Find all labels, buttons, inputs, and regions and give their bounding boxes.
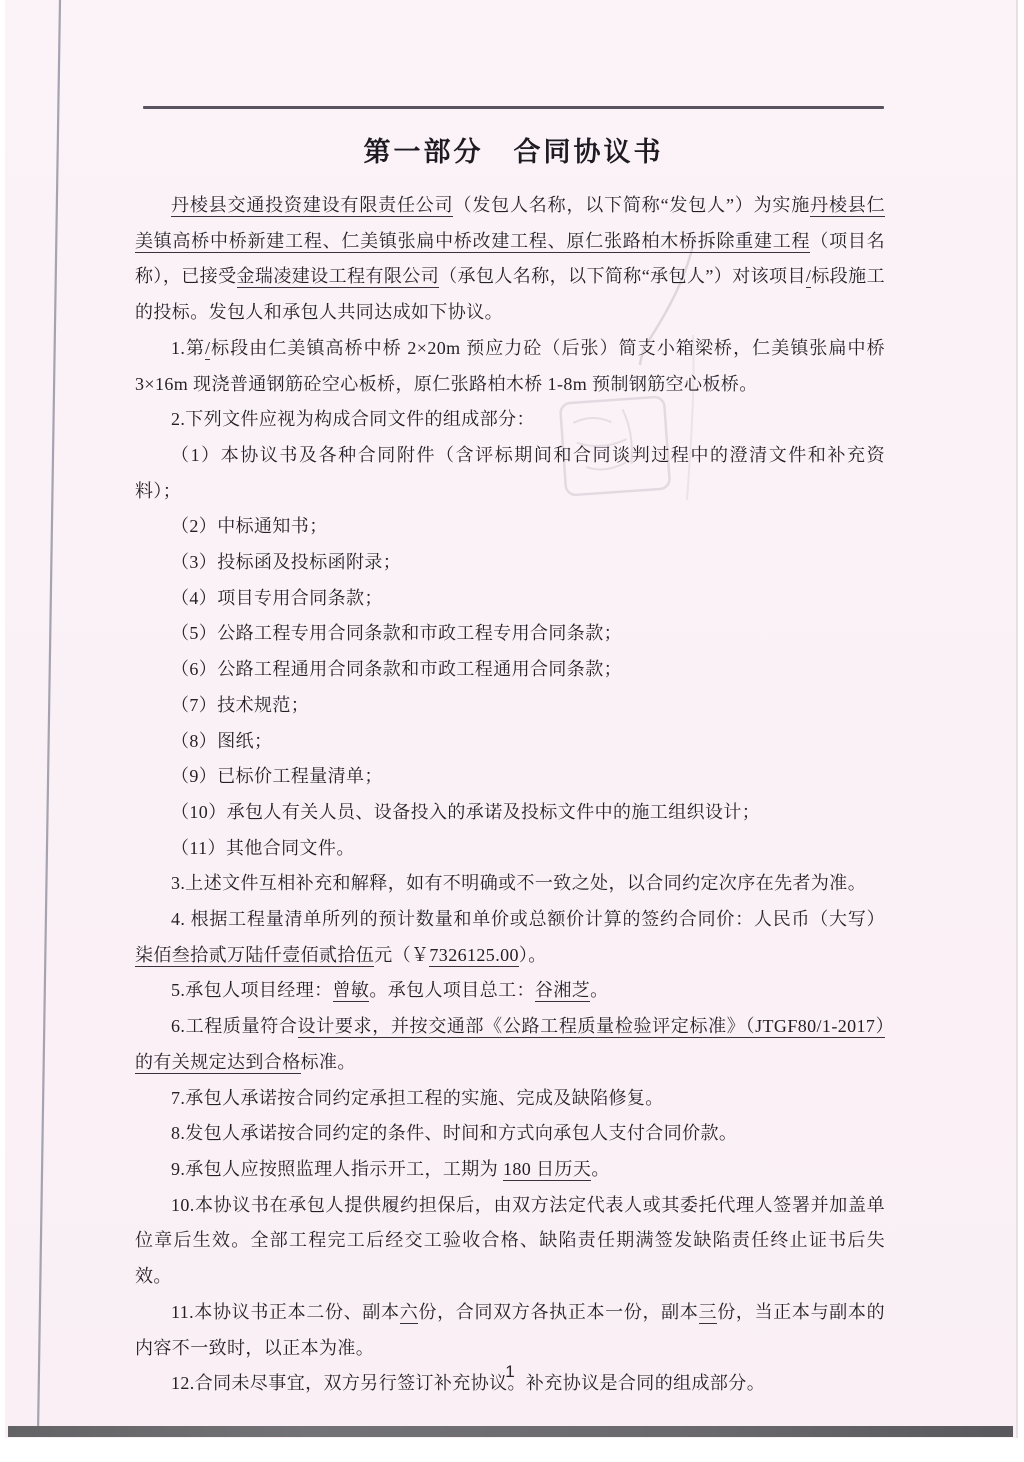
text-segment: （7）技术规范； <box>171 695 309 715</box>
paragraph: 4. 根据工程量清单所列的预计数量和单价或总额价计算的签约合同价：人民币（大写）… <box>135 902 885 973</box>
text-segment: 3.上述文件互相补充和解释，如有不明确或不一致之处，以合同约定次序在先者为准。 <box>171 873 866 893</box>
underlined-text-segment: 曾敏 <box>333 980 370 1002</box>
text-segment: 1.第 <box>171 338 205 358</box>
text-segment: （5）公路工程专用合同条款和市政工程专用合同条款； <box>171 623 622 643</box>
underlined-text-segment: 丹棱县交通投资建设有限责任公司 <box>171 195 453 217</box>
paragraph: （3）投标函及投标函附录； <box>135 545 885 581</box>
underlined-text-segment: 7326125.00 <box>429 945 519 967</box>
paragraph: 5.承包人项目经理：曾敏。承包人项目总工：谷湘芝。 <box>135 973 885 1009</box>
text-segment: 10.本协议书在承包人提供履约担保后，由双方法定代表人或其委托代理人签署并加盖单… <box>135 1195 885 1286</box>
text-segment: 份，合同双方各执正本一份，副本 <box>418 1302 698 1322</box>
paragraph: 8.发包人承诺按合同约定的条件、时间和方式向承包人支付合同价款。 <box>135 1116 885 1152</box>
text-segment: （发包人名称，以下简称“发包人”）为实施 <box>453 195 810 215</box>
paragraph: 2.下列文件应视为构成合同文件的组成部分： <box>135 402 885 438</box>
paragraph: 1.第/标段由仁美镇高桥中桥 2×20m 预应力砼（后张）简支小箱梁桥，仁美镇张… <box>135 331 885 402</box>
underlined-text-segment: 三 <box>699 1302 718 1324</box>
paragraph: 11.本协议书正本二份、副本六份，合同双方各执正本一份，副本三份，当正本与副本的… <box>135 1295 885 1366</box>
paragraph: 丹棱县交通投资建设有限责任公司（发包人名称，以下简称“发包人”）为实施丹棱县仁美… <box>135 188 885 331</box>
text-segment: （11）其他合同文件。 <box>171 838 355 858</box>
paragraph: （1）本协议书及各种合同附件（含评标期间和合同谈判过程中的澄清文件和补充资料）； <box>135 438 885 509</box>
text-segment: 。 <box>591 1159 609 1179</box>
text-segment: 。 <box>590 980 608 1000</box>
text-segment: （承包人名称，以下简称“承包人”）对该项目 <box>439 266 806 286</box>
underlined-text-segment: 180 日历天 <box>503 1159 591 1181</box>
paragraph: 3.上述文件互相补充和解释，如有不明确或不一致之处，以合同约定次序在先者为准。 <box>135 866 885 902</box>
underlined-text-segment: 柒佰叁拾贰万陆仟壹佰贰拾伍 <box>135 945 374 967</box>
text-segment: （8）图纸； <box>171 731 272 751</box>
paragraph: （5）公路工程专用合同条款和市政工程专用合同条款； <box>135 616 885 652</box>
paragraph: （4）项目专用合同条款； <box>135 581 885 617</box>
text-segment: 标准。 <box>301 1052 356 1072</box>
page-title: 第一部分 合同协议书 <box>143 130 884 169</box>
document-paragraphs: 丹棱县交通投资建设有限责任公司（发包人名称，以下简称“发包人”）为实施丹棱县仁美… <box>135 188 885 1402</box>
paragraph: （2）中标通知书； <box>135 509 885 545</box>
text-segment: 元（￥ <box>374 945 429 965</box>
text-segment: 11.本协议书正本二份、副本 <box>171 1302 400 1322</box>
text-segment: 8.发包人承诺按合同约定的条件、时间和方式向承包人支付合同价款。 <box>171 1123 737 1143</box>
text-segment: 2.下列文件应视为构成合同文件的组成部分： <box>171 409 535 429</box>
paragraph: （6）公路工程通用合同条款和市政工程通用合同条款； <box>135 652 885 688</box>
text-segment: 7.承包人承诺按合同约定承担工程的实施、完成及缺陷修复。 <box>171 1088 664 1108</box>
text-segment: （4）项目专用合同条款； <box>171 588 383 608</box>
paragraph: （7）技术规范； <box>135 688 885 724</box>
text-segment: 4. 根据工程量清单所列的预计数量和单价或总额价计算的签约合同价：人民币（大写） <box>171 909 885 929</box>
text-segment: （10）承包人有关人员、设备投入的承诺及投标文件中的施工组织设计； <box>171 802 760 822</box>
underlined-text-segment: 谷湘芝 <box>535 980 590 1002</box>
paragraph: （9）已标价工程量清单； <box>135 759 885 795</box>
text-segment: （1）本协议书及各种合同附件（含评标期间和合同谈判过程中的澄清文件和补充资料）； <box>135 445 885 501</box>
text-segment: ）。 <box>519 945 547 965</box>
text-segment: 6.工程质量符合 <box>171 1016 298 1036</box>
paragraph: 9.承包人应按照监理人指示开工，工期为 180 日历天。 <box>135 1152 885 1188</box>
paragraph: （11）其他合同文件。 <box>135 831 885 867</box>
scan-bottom-band <box>8 1426 1013 1437</box>
paragraph: （8）图纸； <box>135 724 885 760</box>
header-rule <box>143 106 884 109</box>
paragraph: 7.承包人承诺按合同约定承担工程的实施、完成及缺陷修复。 <box>135 1081 885 1117</box>
text-segment: 。承包人项目总工： <box>369 980 535 1000</box>
text-segment: 标段由仁美镇高桥中桥 2×20m 预应力砼（后张）简支小箱梁桥，仁美镇张扁中桥 … <box>135 338 885 394</box>
paragraph: 6.工程质量符合设计要求，并按交通部《公路工程质量检验评定标准》（JTGF80/… <box>135 1009 885 1080</box>
paragraph: （10）承包人有关人员、设备投入的承诺及投标文件中的施工组织设计； <box>135 795 885 831</box>
text-segment: （3）投标函及投标函附录； <box>171 552 401 572</box>
underlined-text-segment: 六 <box>400 1302 419 1324</box>
paragraph: 10.本协议书在承包人提供履约担保后，由双方法定代表人或其委托代理人签署并加盖单… <box>135 1188 885 1295</box>
text-segment: （2）中标通知书； <box>171 516 328 536</box>
underlined-text-segment: 金瑞凌建设工程有限公司 <box>237 266 440 288</box>
page-number: 1 <box>135 1362 885 1382</box>
text-segment: 5.承包人项目经理： <box>171 980 333 1000</box>
page-right-edge <box>1016 0 1018 1438</box>
text-segment: （6）公路工程通用合同条款和市政工程通用合同条款； <box>171 659 622 679</box>
text-segment: （9）已标价工程量清单； <box>171 766 383 786</box>
text-segment: 9.承包人应按照监理人指示开工，工期为 <box>171 1159 503 1179</box>
